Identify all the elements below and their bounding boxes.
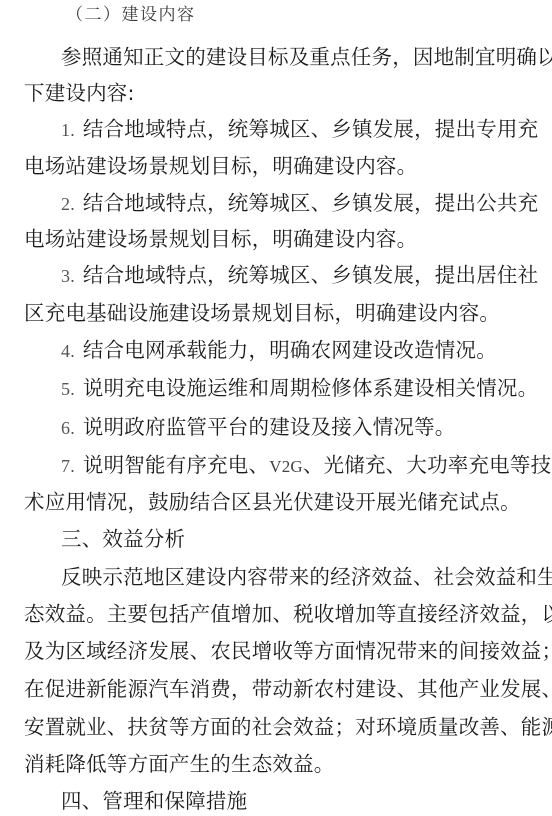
subheading-construction-content: （二）建设内容 — [66, 3, 196, 27]
list-item-5: 5.说明充电设施运维和周期检修体系建设相关情况。 — [61, 376, 538, 400]
list-item-2: 2.结合地域特点，统筹城区、乡镇发展，提出公共充 — [61, 191, 538, 215]
list-item-text: 结合地域特点，统筹城区、乡镇发展，提出公共充 — [83, 191, 538, 215]
list-item-number: 4. — [61, 341, 75, 361]
list-item-2-continuation: 电场站建设场景规划目标，明确建设内容。 — [24, 227, 417, 251]
list-item-text: 、光储充、大功率充电等技 — [303, 453, 551, 477]
intro-paragraph-line-2: 下建设内容: — [24, 81, 135, 105]
benefit-paragraph-line-1: 反映示范地区建设内容带来的经济效益、社会效益和生 — [61, 565, 552, 589]
list-item-text: 结合地域特点，统筹城区、乡镇发展，提出专用充 — [83, 117, 538, 141]
benefit-paragraph-line-5: 安置就业、扶贫等方面的社会效益；对环境质量改善、能源 — [24, 715, 552, 739]
list-item-text: 说明政府监管平台的建设及接入情况等。 — [83, 415, 456, 439]
list-item-text: 说明充电设施运维和周期检修体系建设相关情况。 — [83, 376, 538, 400]
benefit-paragraph-line-3: 及为区域经济发展、农民增收等方面情况带来的间接效益； — [24, 639, 552, 663]
list-item-text: 结合地域特点，统筹城区、乡镇发展，提出居住社 — [83, 263, 538, 287]
list-item-number: 6. — [61, 418, 75, 438]
list-item-3: 3.结合地域特点，统筹城区、乡镇发展，提出居住社 — [61, 263, 538, 287]
list-item-number: 5. — [61, 379, 75, 399]
list-item-text: 结合电网承载能力，明确农网建设改造情况。 — [83, 338, 497, 362]
list-item-number: 1. — [61, 120, 75, 140]
list-item-4: 4.结合电网承载能力，明确农网建设改造情况。 — [61, 338, 497, 362]
benefit-paragraph-line-6: 消耗降低等方面产生的生态效益。 — [24, 752, 335, 776]
benefit-paragraph-line-4: 在促进新能源汽车消费，带动新农村建设、其他产业发展、 — [24, 677, 552, 701]
list-item-number: 7. — [61, 456, 75, 476]
intro-paragraph-line-1: 参照通知正文的建设目标及重点任务，因地制宜明确以 — [61, 45, 552, 69]
list-item-number: 2. — [61, 194, 75, 214]
list-item-text-latin: V2G — [269, 457, 303, 476]
list-item-7: 7.说明智能有序充电、V2G、光储充、大功率充电等技 — [61, 453, 551, 477]
list-item-3-continuation: 区充电基础设施建设场景规划目标，明确建设内容。 — [24, 301, 500, 325]
list-item-text: 说明智能有序充电、 — [83, 453, 269, 477]
list-item-1: 1.结合地域特点，统筹城区、乡镇发展，提出专用充 — [61, 117, 538, 141]
list-item-number: 3. — [61, 266, 75, 286]
benefit-paragraph-line-2: 态效益。主要包括产值增加、税收增加等直接经济效益，以 — [24, 602, 552, 626]
section-heading-management-measures: 四、管理和保障措施 — [61, 789, 247, 813]
list-item-7-continuation: 术应用情况，鼓励结合区县光伏建设开展光储充试点。 — [24, 490, 521, 514]
list-item-6: 6.说明政府监管平台的建设及接入情况等。 — [61, 415, 456, 439]
document-page: （二）建设内容 参照通知正文的建设目标及重点任务，因地制宜明确以 下建设内容: … — [0, 0, 552, 816]
list-item-1-continuation: 电场站建设场景规划目标，明确建设内容。 — [24, 154, 417, 178]
section-heading-benefit-analysis: 三、效益分析 — [61, 527, 185, 551]
